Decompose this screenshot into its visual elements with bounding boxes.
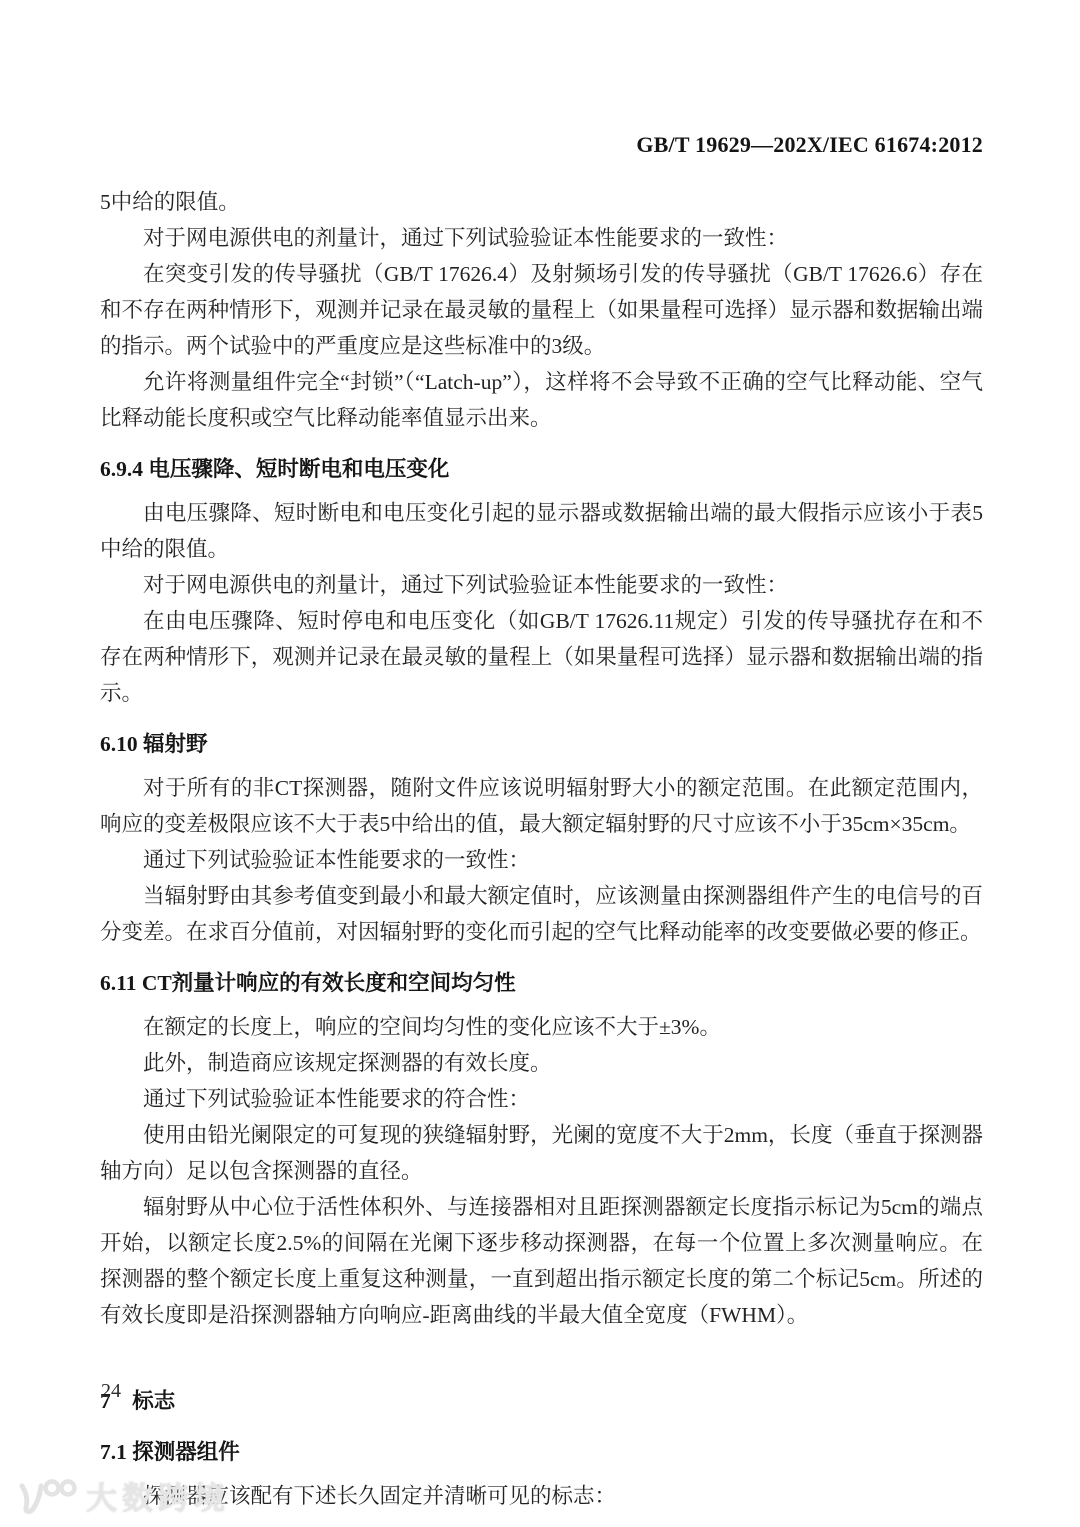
watermark: 大数跨境 [16,1473,230,1518]
paragraph-continuation: 5中给的限值。 [100,184,983,220]
paragraph: 允许将测量组件完全“封锁”（“Latch-up”），这样将不会导致不正确的空气比… [100,364,983,436]
heading-6-10: 6.10 辐射野 [100,726,983,762]
paragraph: 使用由铅光阑限定的可复现的狭缝辐射野，光阑的宽度不大于2mm，长度（垂直于探测器… [100,1117,983,1189]
paragraph: 辐射野从中心位于活性体积外、与连接器相对且距探测器额定长度指示标记为5cm的端点… [100,1189,983,1333]
paragraph: 通过下列试验验证本性能要求的一致性： [100,842,983,878]
heading-7-1: 7.1 探测器组件 [100,1434,983,1470]
paragraph: 通过下列试验验证本性能要求的符合性： [100,1081,983,1117]
heading-chapter-7: 7 标志 [100,1383,983,1419]
running-header: GB/T 19629—202X/IEC 61674:2012 [100,133,983,157]
paragraph: 在由电压骤降、短时停电和电压变化（如GB/T 17626.11规定）引发的传导骚… [100,603,983,711]
paragraph: 对于所有的非CT探测器，随附文件应该说明辐射野大小的额定范围。在此额定范围内，响… [100,770,983,842]
paragraph: 在额定的长度上，响应的空间均匀性的变化应该不大于±3%。 [100,1009,983,1045]
heading-6-11: 6.11 CT剂量计响应的有效长度和空间均匀性 [100,965,983,1001]
paragraph: 对于网电源供电的剂量计，通过下列试验验证本性能要求的一致性： [100,567,983,603]
document-page: GB/T 19629—202X/IEC 61674:2012 5中给的限值。 对… [0,0,1080,1527]
paragraph: 由电压骤降、短时断电和电压变化引起的显示器或数据输出端的最大假指示应该小于表5中… [100,495,983,567]
page-number: 24 [101,1380,121,1403]
paragraph: 探测器应该配有下述长久固定并清晰可见的标志： [100,1478,983,1514]
dashu-100-logo-icon [16,1476,78,1516]
heading-6-9-4: 6.9.4 电压骤降、短时断电和电压变化 [100,451,983,487]
paragraph: 当辐射野由其参考值变到最小和最大额定值时，应该测量由探测器组件产生的电信号的百分… [100,878,983,950]
page-content: GB/T 19629—202X/IEC 61674:2012 5中给的限值。 对… [100,133,983,1514]
watermark-text: 大数跨境 [86,1473,230,1518]
paragraph: 在突变引发的传导骚扰（GB/T 17626.4）及射频场引发的传导骚扰（GB/T… [100,256,983,364]
paragraph: 对于网电源供电的剂量计，通过下列试验验证本性能要求的一致性： [100,220,983,256]
paragraph: 此外，制造商应该规定探测器的有效长度。 [100,1045,983,1081]
